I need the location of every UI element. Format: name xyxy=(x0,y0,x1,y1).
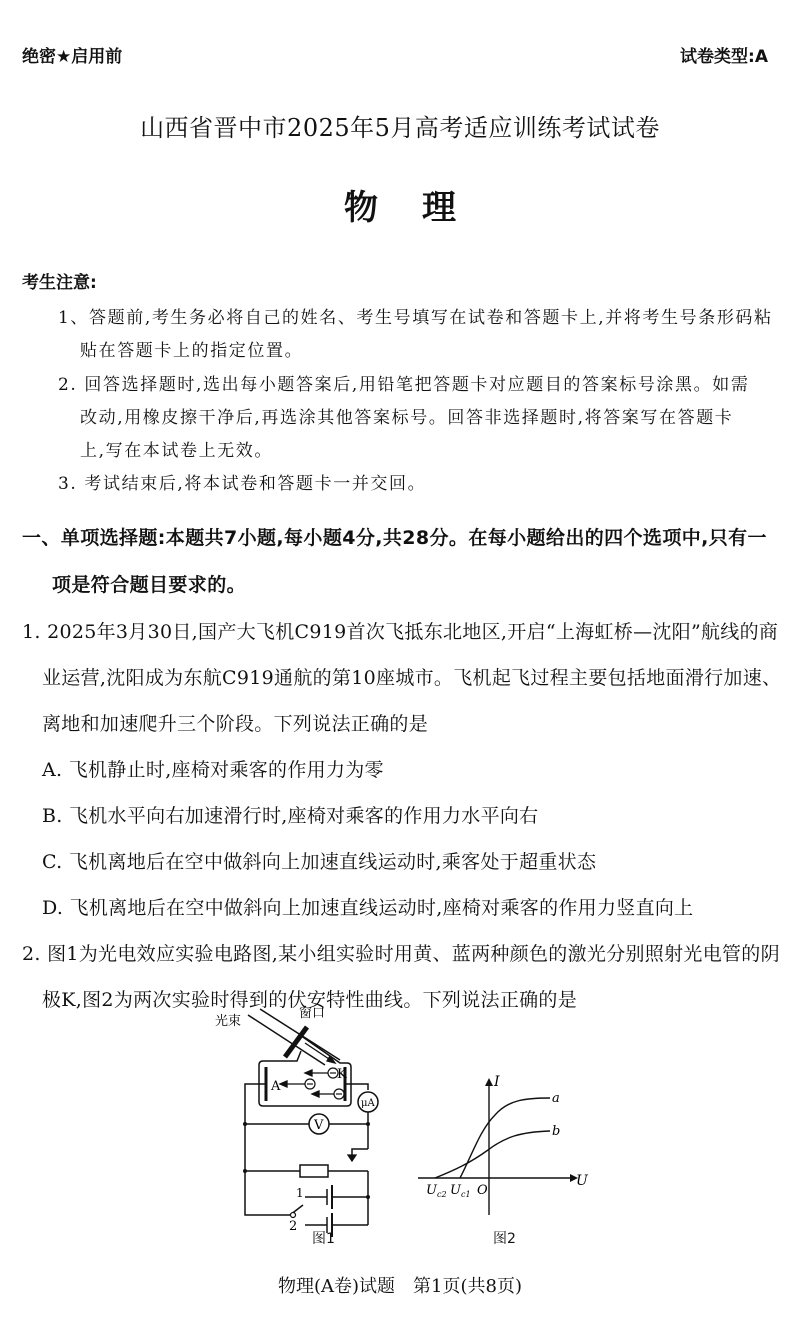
notice-line: 2. 回答选择题时,选出每小题答案后,用铅笔把答题卡对应题目的答案标号涂黑。如需 xyxy=(58,370,749,395)
label-voltmeter: V xyxy=(313,1118,324,1133)
uc2-label: Uc2 xyxy=(426,1183,447,1199)
figure-1-circuit-diagram: 光束 窗口 A K μA V 1 2 xyxy=(215,1005,395,1245)
notice-line: 1、答题前,考生务必将自己的姓名、考生号填写在试卷和答题卡上,并将考生号条形码粘 xyxy=(58,303,773,328)
subject-char-1: 物 xyxy=(344,188,378,228)
notice-line: 改动,用橡皮擦干净后,再选涂其他答案标号。回答非选择题时,将答案写在答题卡 xyxy=(80,403,733,428)
subject-char-2: 理 xyxy=(422,188,456,228)
curve-a-label: a xyxy=(552,1091,560,1106)
notice-line: 3. 考试结束后,将本试卷和答题卡一并交回。 xyxy=(58,469,426,494)
origin-label: O xyxy=(477,1183,488,1198)
label-anode: A xyxy=(270,1079,281,1094)
question-1-text: 业运营,沈阳成为东航C919通航的第10座城市。飞机起飞过程主要包括地面滑行加速… xyxy=(42,663,781,690)
uc1-label: Uc1 xyxy=(450,1183,471,1199)
q1-option-c: C. 飞机离地后在空中做斜向上加速直线运动时,乘客处于超重状态 xyxy=(42,847,596,874)
question-1-text: 1. 2025年3月30日,国产大飞机C919首次飞抵东北地区,开启“上海虹桥—… xyxy=(22,617,778,644)
section-heading-cont: 项是符合题目要求的。 xyxy=(52,570,246,597)
q1-option-a: A. 飞机静止时,座椅对乘客的作用力为零 xyxy=(42,755,384,782)
page-footer: 物理(A卷)试题 第1页(共8页) xyxy=(0,1272,800,1298)
figure-2-iv-curve: I U O a b Uc2 Uc1 xyxy=(410,1070,590,1220)
label-microammeter: μA xyxy=(361,1098,375,1109)
confidential-label: 绝密★启用前 xyxy=(22,42,122,67)
notice-line: 上,写在本试卷上无效。 xyxy=(80,436,273,461)
q1-option-b: B. 飞机水平向右加速滑行时,座椅对乘客的作用力水平向右 xyxy=(42,801,538,828)
section-heading: 一、单项选择题:本题共7小题,每小题4分,共28分。在每小题给出的四个选项中,只… xyxy=(22,523,767,550)
axis-label-i: I xyxy=(493,1074,500,1090)
exam-title: 山西省晋中市2025年5月高考适应训练考试试卷 xyxy=(0,108,800,143)
figure-1-caption: 图1 xyxy=(312,1228,335,1248)
curve-b-label: b xyxy=(552,1124,560,1139)
subject-title: 物理 xyxy=(0,180,800,229)
paper-type-label: 试卷类型:A xyxy=(680,42,768,67)
label-switch-2: 2 xyxy=(289,1219,297,1234)
question-1-text: 离地和加速爬升三个阶段。下列说法正确的是 xyxy=(42,709,428,736)
axis-label-u: U xyxy=(576,1173,589,1189)
label-window: 窗口 xyxy=(299,1005,325,1021)
label-light-beam: 光束 xyxy=(215,1013,241,1029)
q1-option-d: D. 飞机离地后在空中做斜向上加速直线运动时,座椅对乘客的作用力竖直向上 xyxy=(42,893,693,920)
question-2-text: 2. 图1为光电效应实验电路图,某小组实验时用黄、蓝两种颜色的激光分别照射光电管… xyxy=(22,939,780,966)
notice-line: 贴在答题卡上的指定位置。 xyxy=(80,336,303,361)
notice-title: 考生注意: xyxy=(22,268,97,293)
label-cathode: K xyxy=(337,1067,347,1082)
label-switch-1: 1 xyxy=(296,1186,304,1200)
figure-2-caption: 图2 xyxy=(493,1228,516,1248)
